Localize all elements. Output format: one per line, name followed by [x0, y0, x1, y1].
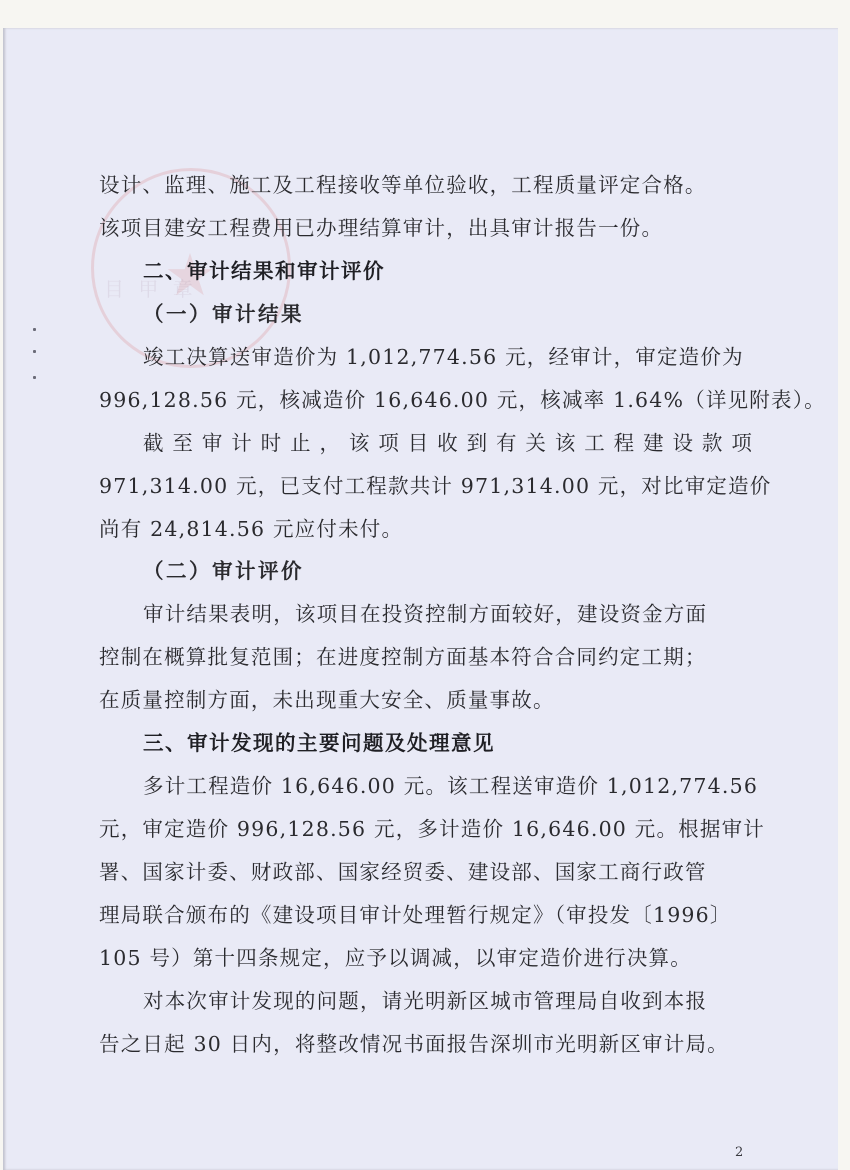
- document-page: ★ 目 甲 章 设计、监理、施工及工程接收等单位验收，工程质量评定合格。 该项目…: [3, 28, 838, 1170]
- paragraph-line: 尚有 24,814.56 元应付未付。: [99, 512, 403, 542]
- paragraph-line: 971,314.00 元，已支付工程款共计 971,314.00 元，对比审定造…: [99, 469, 772, 499]
- paragraph-line: 105 号）第十四条规定，应予以调减，以审定造价进行决算。: [99, 941, 692, 971]
- paragraph-line: 署、国家计委、财政部、国家经贸委、建设部、国家工商行政管: [99, 855, 707, 885]
- binding-marks: [33, 328, 39, 388]
- paragraph-line: 996,128.56 元，核减造价 16,646.00 元，核减率 1.64%（…: [99, 383, 826, 413]
- paragraph-line: 审计结果表明，该项目在投资控制方面较好，建设资金方面: [143, 597, 707, 627]
- paragraph-line: 理局联合颁布的《建设项目审计处理暂行规定》（审投发〔1996〕: [99, 898, 732, 928]
- paragraph-line: 在质量控制方面，未出现重大安全、质量事故。: [99, 683, 555, 713]
- subsection-heading-audit-evaluation: （二）审计评价: [143, 554, 304, 584]
- page-number: 2: [735, 1145, 743, 1160]
- paragraph-line: 竣工决算送审造价为 1,012,774.56 元，经审计，审定造价为: [143, 340, 744, 370]
- paragraph-line: 控制在概算批复范围；在进度控制方面基本符合合同约定工期；: [99, 640, 707, 670]
- paragraph-line: 多计工程造价 16,646.00 元。该工程送审造价 1,012,774.56: [143, 769, 758, 799]
- subsection-heading-audit-result: （一）审计结果: [143, 297, 304, 327]
- section-heading-3: 三、审计发现的主要问题及处理意见: [143, 726, 495, 756]
- paragraph-line: 截 至 审 计 时 止 ， 该 项 目 收 到 有 关 该 工 程 建 设 款 …: [143, 426, 753, 456]
- paragraph-line: 元，审定造价 996,128.56 元，多计造价 16,646.00 元。根据审…: [99, 812, 765, 842]
- paragraph-line: 对本次审计发现的问题，请光明新区城市管理局自收到本报: [143, 984, 707, 1014]
- paragraph-line: 该项目建安工程费用已办理结算审计，出具审计报告一份。: [99, 211, 663, 241]
- paragraph-line: 设计、监理、施工及工程接收等单位验收，工程质量评定合格。: [99, 168, 707, 198]
- paragraph-line: 告之日起 30 日内，将整改情况书面报告深圳市光明新区审计局。: [99, 1027, 729, 1057]
- section-heading-2: 二、审计结果和审计评价: [143, 254, 385, 284]
